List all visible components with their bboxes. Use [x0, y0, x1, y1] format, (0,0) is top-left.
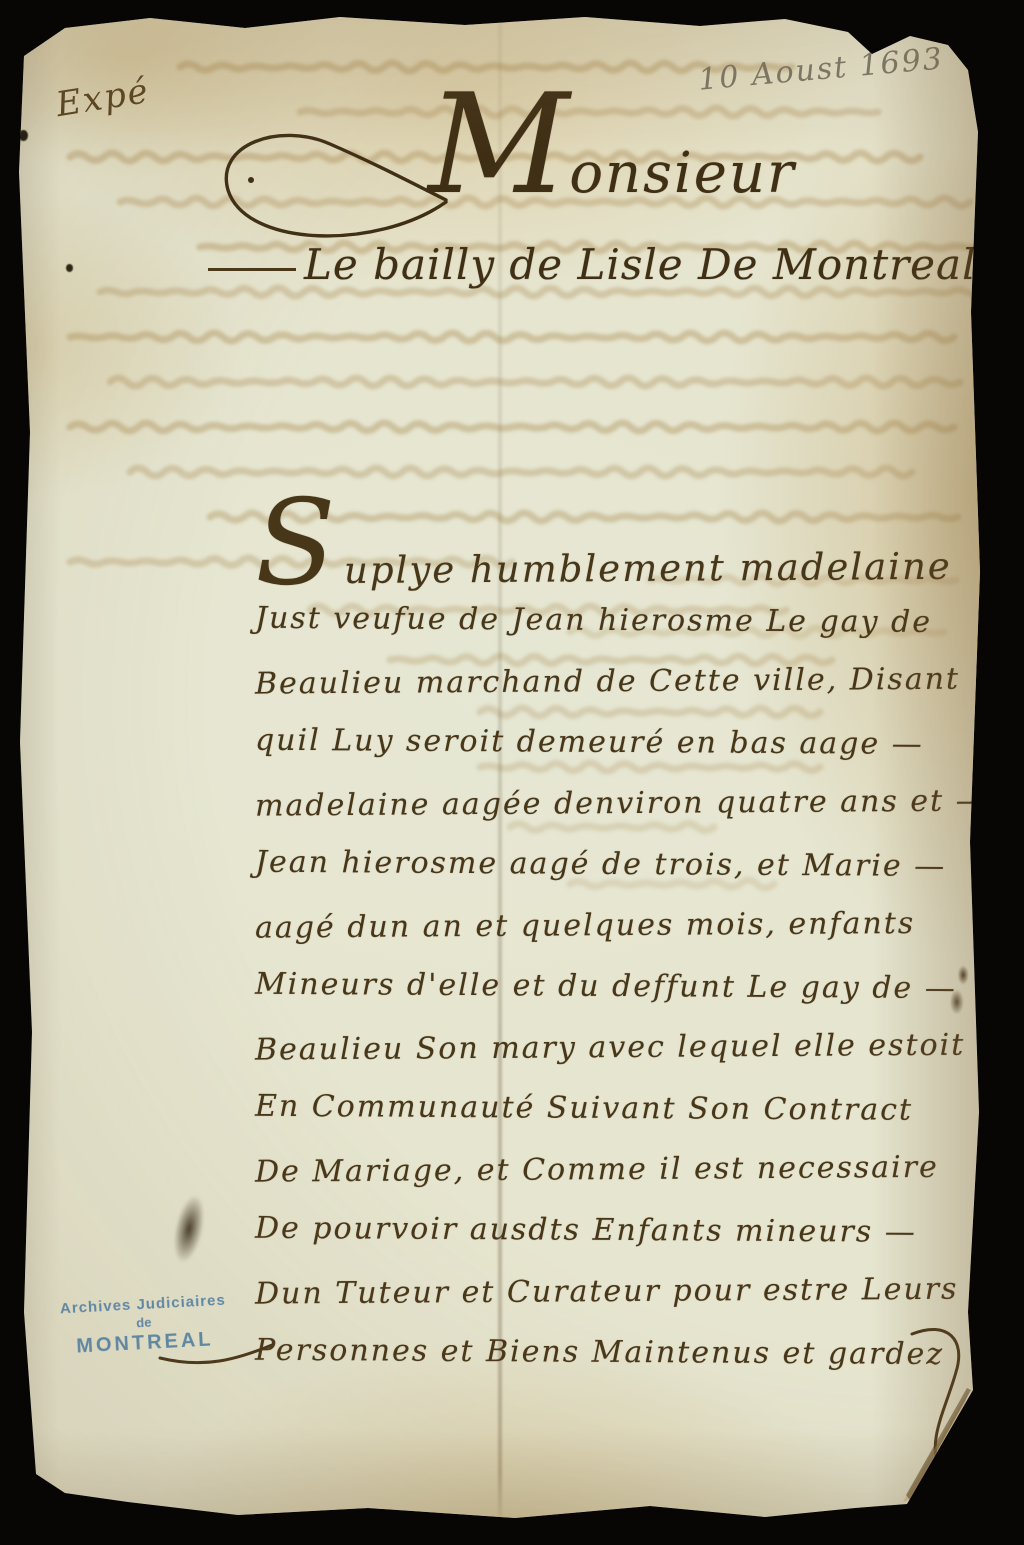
- paper-hole: [19, 130, 28, 141]
- manuscript-page: Expé 10 Aoust 1693 Monsieur Le bailly de…: [10, 12, 1012, 1534]
- body-line: Dun Tuteur et Curateur pour estre Leurs …: [255, 1258, 1000, 1324]
- body-line: aagé dun an et quelques mois, enfants: [255, 892, 1000, 958]
- body-line: Just veufue de Jean hierosme Le gay de: [255, 588, 1000, 654]
- petition-body: Suplye humblement madelaine Just veufue …: [255, 490, 1000, 1383]
- body-line: Jean hierosme aagé de trois, et Marie —: [255, 832, 1000, 898]
- body-line: Beaulieu marchand de Cette ville, Disant: [255, 648, 1000, 714]
- body-line: Personnes et Biens Maintenus et gardez: [255, 1320, 1000, 1386]
- body-line: Mineurs d'elle et du deffunt Le gay de —: [255, 954, 1000, 1020]
- body-line: En Communauté Suivant Son Contract: [255, 1076, 1000, 1142]
- center-fold-crease: [498, 12, 502, 1534]
- body-line: De pourvoir ausdts Enfants mineurs —: [255, 1198, 1000, 1264]
- body-line: De Mariage, et Comme il est necessaire: [255, 1136, 1000, 1202]
- paper-speck: [66, 264, 73, 272]
- addressee-line: Le bailly de Lisle De Montreal,: [208, 240, 991, 289]
- salutation: Monsieur: [428, 64, 796, 225]
- body-line: Suplye humblement madelaine: [255, 487, 1001, 592]
- photograph-background: Expé 10 Aoust 1693 Monsieur Le bailly de…: [0, 0, 1024, 1545]
- body-line: quil Luy seroit demeuré en bas aage —: [255, 710, 1000, 776]
- archive-stamp: Archives Judiciaires de MONTREAL: [53, 1291, 236, 1359]
- body-line: Beaulieu Son mary avec lequel elle estoi…: [255, 1014, 1000, 1080]
- body-line: madelaine aagée denviron quatre ans et —: [255, 770, 1000, 836]
- ink-blot: [944, 960, 976, 1020]
